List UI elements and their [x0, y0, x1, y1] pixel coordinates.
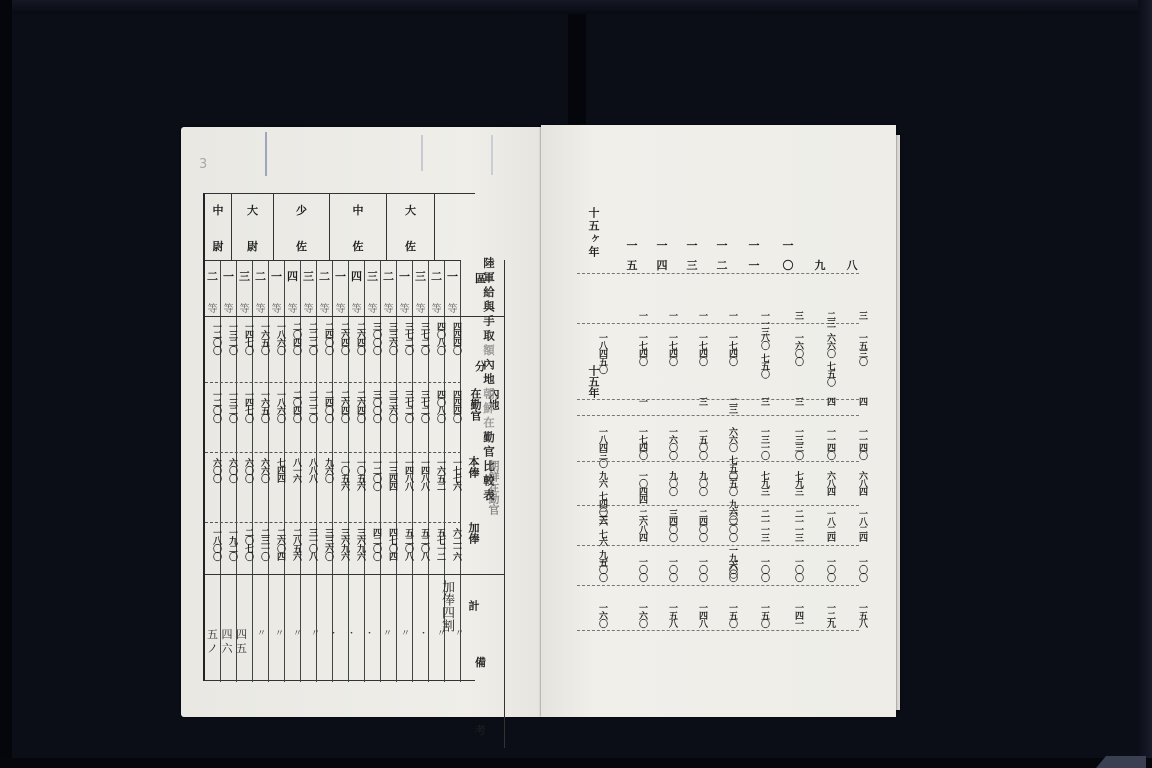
grade-header-bottom: 二 — [707, 257, 737, 273]
comparison-value-percent-compare: 一二九 — [805, 603, 835, 627]
comparison-value-ratio-1: 六八四 — [805, 471, 835, 495]
grade-column: 一等二六四〇二六四〇一〇五六三六九六 — [333, 260, 349, 682]
pay-value-allowance: 一二〇〇 — [365, 458, 380, 490]
rank-header-taii: 大 尉 — [232, 194, 274, 260]
pay-value-mainland: 三〇〇〇 — [365, 322, 380, 354]
grade-number: 二 — [205, 268, 220, 284]
grade-column: 三等三〇〇〇三〇〇〇一二〇〇四二〇〇 — [365, 260, 381, 682]
comparison-value-korea: 一一四〇 — [837, 427, 867, 459]
pay-value-total: 三一〇八 — [301, 528, 316, 560]
grade-number: 四 — [349, 268, 364, 284]
grade-number: 一 — [445, 268, 460, 284]
comparison-value-grade-marks: 三 — [837, 311, 867, 319]
label-kei: 計 — [465, 600, 481, 611]
pay-value-total: 三六九六 — [333, 528, 348, 560]
pay-value-allowance: 八一六 — [285, 458, 300, 482]
comparison-value-mainland: 八〇 七五〇 — [739, 333, 769, 377]
grade-number: 三 — [237, 268, 252, 284]
pay-value-mainland: 二六四〇 — [349, 322, 364, 354]
grade-column: 四等二〇四〇二〇四〇八一六二八五六 — [285, 260, 301, 682]
label-ko: 考 — [475, 722, 486, 738]
grade-header-top: 一 — [647, 237, 677, 253]
grade-column: 一等一三二〇一三二〇六〇〇一九二〇 — [221, 260, 237, 682]
comparison-value-mainland: 六六〇 七五〇 — [805, 333, 835, 385]
comparison-value-percent-base: 一〇〇 — [617, 557, 647, 581]
grade-column: 二等一二〇〇一二〇〇六〇〇一八〇〇 — [205, 260, 221, 682]
header-divider — [205, 260, 461, 261]
pay-value-allowance: 八八八 — [301, 458, 316, 482]
grade-header-bottom: 一 — [739, 257, 769, 273]
comparison-value-grade-marks: 二三 — [805, 311, 835, 327]
grade-number: 一 — [269, 268, 284, 284]
period-total-value: 一〇〇 — [577, 557, 607, 581]
pay-value-mainland: 二六四〇 — [333, 322, 348, 354]
grade-column: 三等三七二〇三七二〇一四八八五二〇八 — [413, 260, 429, 682]
comparison-value-korea: 一三三〇 — [773, 427, 803, 459]
period-total-value: 一八四三〇 — [577, 427, 607, 467]
handwritten-margin-2: ノ 六 五 — [207, 640, 247, 656]
pay-comparison-table: 中 尉 大 尉 少 佐 中 佐 大 佐 二等一二〇〇一二〇〇六〇〇一八〇〇一等一… — [203, 193, 475, 681]
comparison-value-grade-marks: 一 — [617, 311, 647, 319]
pay-value-base: 一六五〇 — [253, 390, 268, 422]
pay-value-mainland: 一六五〇 — [253, 322, 268, 354]
grade-number: 二 — [429, 268, 444, 284]
page-number: 3 — [199, 157, 207, 172]
grade-header-bottom: 八 — [837, 257, 867, 273]
pay-value-total: 四七〇四 — [381, 528, 396, 560]
title-char: 陸 — [482, 257, 496, 272]
grade-number: 二 — [317, 268, 332, 284]
ink-mark — [421, 135, 423, 171]
comparison-value-percent-base: 一〇〇 — [805, 557, 835, 581]
comparison-value-percent-compare: 一六〇 — [617, 603, 647, 627]
pay-value-allowance: 六〇〇 — [237, 458, 252, 482]
grade-column: 一等三七二〇三七二〇一四八八五二〇八 — [397, 260, 413, 682]
comparison-value-grade-marks: 一 — [707, 311, 737, 319]
grade-header-top: 一 — [707, 237, 737, 253]
grade-column: 一等一八六〇一八六〇七四四二六〇四 — [269, 260, 285, 682]
title-char: 與 — [482, 301, 496, 316]
comparison-value-mainland: 一六〇〇 — [773, 333, 803, 365]
pay-value-total: 四二〇〇 — [365, 528, 380, 560]
grade-suffix: 等 — [397, 300, 412, 315]
row-divider — [577, 585, 859, 586]
title-char: 表 — [482, 489, 496, 504]
title-char: 給 — [482, 286, 496, 301]
comparison-value-ratio-1: 九〇〇 — [677, 471, 707, 495]
pay-value-mainland: 二四〇〇 — [317, 322, 332, 354]
pay-value-allowance: 九六〇 — [317, 458, 332, 482]
pay-value-base: 三〇〇〇 — [365, 390, 380, 422]
grade-suffix: 等 — [365, 300, 380, 315]
ink-mark — [265, 132, 267, 176]
pay-value-base: 二六四〇 — [349, 390, 364, 422]
comparison-value-ratio-2: 二一一三 — [739, 509, 769, 541]
comparison-value-ratio-1: 六八四 — [837, 471, 867, 495]
pay-value-mainland: 三七二〇 — [413, 322, 428, 354]
comparison-value-ratio-2: 二四〇〇 — [677, 509, 707, 541]
comparison-value-mainland: 一五三〇 — [837, 333, 867, 365]
pay-value-allowance: 一〇五六 — [333, 458, 348, 490]
rank-header-chusa: 中 佐 — [330, 194, 387, 260]
row-divider — [205, 522, 461, 523]
comparison-value-percent-base: 一〇〇 — [773, 557, 803, 581]
period-label: 十五ヶ年 — [585, 207, 601, 259]
comparison-value-grade-marks: 三 — [773, 311, 803, 319]
comparison-value-ratio-1: 七九三 — [739, 471, 769, 495]
pay-value-base: 二六四〇 — [333, 390, 348, 422]
comparison-value-grade-marks-2: 四 — [805, 397, 835, 405]
left-page: 3 中 尉 大 尉 少 佐 中 佐 大 佐 二等一二〇〇一二〇〇六〇〇一八〇〇一… — [181, 127, 541, 717]
rank-char: 少 — [296, 202, 307, 218]
grade-header-bottom: 〇 — [773, 257, 803, 273]
pay-value-mainland: 二二二〇 — [301, 322, 316, 354]
comparison-value-percent-compare: 一四八 — [677, 603, 707, 627]
comparison-value-korea: 一一四〇 — [805, 427, 835, 459]
comparison-value-mainland: 一七四〇 — [617, 333, 647, 365]
title-char: 鮮 — [482, 402, 496, 417]
comparison-value-grade-marks: 一 — [647, 311, 677, 319]
handwritten-allowance-note: 加俸四割 — [437, 580, 456, 632]
comparison-value-ratio-1: 九〇〇 — [647, 471, 677, 495]
grade-number: 一 — [333, 268, 348, 284]
scanner-frame-right — [1138, 0, 1152, 768]
grade-suffix: 等 — [413, 300, 428, 315]
comparison-value-ratio-1: 一〇四四 — [617, 471, 647, 503]
comparison-value-percent-base: 一〇〇 — [837, 557, 867, 581]
scanner-frame-bottom — [0, 758, 1152, 768]
grade-header-bottom: 四 — [647, 257, 677, 273]
grade-header-bottom: 三 — [677, 257, 707, 273]
rank-header-shosa: 少 佐 — [274, 194, 330, 260]
pay-value-mainland: 三七二〇 — [397, 322, 412, 354]
grade-column: 二等一六五〇一六五〇六六〇二三一〇 — [253, 260, 269, 682]
rank-header-chui: 中 尉 — [205, 194, 232, 260]
remarks-divider — [205, 574, 505, 575]
pay-value-total: 一九二〇 — [221, 528, 236, 560]
pay-value-allowance: 一四八八 — [397, 458, 412, 490]
comparison-value-percent-base: 一〇〇 — [677, 557, 707, 581]
grade-number: 四 — [285, 268, 300, 284]
grade-column: 三等二二二〇二二二〇八八八三一〇八 — [301, 260, 317, 682]
pay-value-base: 三七二〇 — [397, 390, 412, 422]
pay-value-total: 五七一二 — [429, 528, 444, 560]
title-char: 額 — [482, 344, 496, 359]
comparison-value-grade-marks-2: 三 — [677, 397, 707, 405]
title-char: 手 — [482, 315, 496, 330]
title-char: 比 — [482, 460, 496, 475]
grade-number: 三 — [413, 268, 428, 284]
pay-value-base: 三七二〇 — [413, 390, 428, 422]
row-divider — [577, 415, 859, 416]
pay-value-allowance: 一六五二 — [429, 458, 444, 490]
rank-char: 佐 — [353, 238, 364, 254]
grade-suffix: 等 — [445, 300, 460, 315]
grade-suffix: 等 — [269, 300, 284, 315]
row-divider — [577, 630, 859, 631]
comparison-value-mainland: 一七四〇 — [677, 333, 707, 365]
comparison-value-grade-marks-2: 三 — [739, 397, 769, 405]
grade-suffix: 等 — [221, 300, 236, 315]
comparison-value-grade-marks: 一 — [677, 311, 707, 319]
right-page: 十五ヶ年 十五年 一五一四一三一二一一一〇九八一一一一一一三三二三三一八四五〇一… — [541, 125, 896, 717]
pay-value-base: 二四〇〇 — [317, 390, 332, 422]
label-kaho: 加俸 — [465, 522, 481, 544]
label-bi: 備 — [475, 654, 486, 670]
pay-value-allowance: 一三四四 — [381, 458, 396, 490]
period-total-value: 一八四五〇 — [577, 333, 607, 373]
grade-number: 二 — [253, 268, 268, 284]
grade-header-bottom: 五 — [617, 257, 647, 273]
grade-suffix: 等 — [285, 300, 300, 315]
pay-value-total: 一八〇〇 — [205, 528, 220, 560]
pay-value-base: 一三二〇 — [221, 390, 236, 422]
grade-suffix: 等 — [429, 300, 444, 315]
comparison-value-percent-compare: 一五八 — [647, 603, 677, 627]
grade-header-top: 一 — [617, 237, 647, 253]
ditto-marks: 〃〃〃〃・・・〃〃・〃〃 — [257, 626, 473, 639]
pay-value-total: 三三六〇 — [317, 528, 332, 560]
comparison-value-percent-base: 一〇〇 — [739, 557, 769, 581]
title-char: 在 — [482, 417, 496, 432]
rank-char: 佐 — [405, 238, 416, 254]
comparison-value-grade-marks: 一一三 — [739, 311, 769, 335]
pay-value-total: 二八五六 — [285, 528, 300, 560]
comparison-value-ratio-2: 一八二四 — [805, 509, 835, 541]
pay-value-base: 三三六〇 — [381, 390, 396, 422]
pay-value-base: 一四七〇 — [237, 390, 252, 422]
grade-column: 四等二六四〇二六四〇一〇五六三六九六 — [349, 260, 365, 682]
pay-value-mainland: 一八六〇 — [269, 322, 284, 354]
ink-mark — [491, 135, 493, 175]
pay-value-total: 三六九六 — [349, 528, 364, 560]
grade-suffix: 等 — [381, 300, 396, 315]
pay-value-mainland: 三三六〇 — [381, 322, 396, 354]
comparison-value-ratio-2: 二一一三 — [773, 509, 803, 541]
pay-value-allowance: 一七七六 — [445, 458, 460, 490]
pay-value-allowance: 六〇〇 — [221, 458, 236, 482]
row-divider — [205, 452, 461, 453]
comparison-value-percent-compare: 一五〇 — [707, 603, 737, 627]
rank-char: 尉 — [213, 238, 224, 254]
pay-value-base: 一二〇〇 — [205, 390, 220, 422]
comparison-value-ratio-2: 二六八四 — [617, 509, 647, 541]
header-divider — [205, 316, 505, 317]
pay-value-mainland: 一四七〇 — [237, 322, 252, 354]
pay-value-base: 二〇四〇 — [285, 390, 300, 422]
scanner-frame-left — [0, 0, 12, 768]
label-honpo: 本俸 — [465, 456, 481, 478]
pay-value-total: 二六〇四 — [269, 528, 284, 560]
rank-char: 大 — [247, 202, 258, 218]
comparison-value-mainland: 一七四〇 — [707, 333, 737, 365]
grade-suffix: 等 — [205, 300, 220, 315]
row-divider — [577, 273, 859, 274]
rank-char: 大 — [405, 202, 416, 218]
title-char: 地 — [482, 373, 496, 388]
grade-header-top: 一 — [739, 237, 769, 253]
comparison-value-korea: 一五〇〇 — [677, 427, 707, 459]
row-divider — [205, 382, 461, 383]
pay-value-total: 二〇七〇 — [237, 528, 252, 560]
pay-value-mainland: 一三二〇 — [221, 322, 236, 354]
pay-value-base: 一八六〇 — [269, 390, 284, 422]
title-char: 朝 — [482, 388, 496, 403]
comparison-value-grade-marks-2: 一 — [617, 397, 647, 405]
grade-suffix: 等 — [301, 300, 316, 315]
grade-suffix: 等 — [253, 300, 268, 315]
comparison-value-grade-marks-2: 二三 — [707, 397, 737, 413]
period-total-value: 一六〇 — [577, 603, 607, 627]
rank-char: 佐 — [296, 238, 307, 254]
comparison-value-korea: 一三一〇 — [739, 427, 769, 459]
grade-suffix: 等 — [333, 300, 348, 315]
rank-char: 中 — [353, 202, 364, 218]
comparison-value-percent-base: 一〇〇 — [707, 557, 737, 581]
grade-suffix: 等 — [237, 300, 252, 315]
grade-column: 二等三三六〇三三六〇一三四四四七〇四 — [381, 260, 397, 682]
comparison-value-mainland: 一七四〇 — [647, 333, 677, 365]
pay-value-base: 四四四〇 — [445, 390, 460, 422]
pay-value-allowance: 六六〇 — [253, 458, 268, 482]
rank-header-taisa: 大 佐 — [387, 194, 435, 260]
grade-column: 二等二四〇〇二四〇〇九六〇三三六〇 — [317, 260, 333, 682]
scanner-divider — [568, 14, 586, 124]
comparison-value-korea: 一七四〇 — [617, 427, 647, 459]
pay-value-allowance: 一四八八 — [413, 458, 428, 490]
pay-value-total: 五二〇八 — [397, 528, 412, 560]
pay-value-base: 四〇八〇 — [429, 390, 444, 422]
rank-char: 中 — [213, 202, 224, 218]
comparison-value-ratio-2: 一八二四 — [837, 509, 867, 541]
comparison-value-percent-base: 一〇〇 — [647, 557, 677, 581]
grade-number: 一 — [397, 268, 412, 284]
grade-suffix: 等 — [317, 300, 332, 315]
comparison-value-percent-compare: 一四一 — [773, 603, 803, 627]
grade-header-bottom: 九 — [805, 257, 835, 273]
comparison-value-grade-marks-2: 三 — [773, 397, 803, 405]
title-char: 內 — [482, 359, 496, 374]
pay-value-total: 五二〇八 — [413, 528, 428, 560]
pay-value-mainland: 四〇八〇 — [429, 322, 444, 354]
grade-number: 三 — [301, 268, 316, 284]
comparison-value-ratio-2: 三四〇〇 — [647, 509, 677, 541]
title-char: 官 — [482, 446, 496, 461]
pay-value-mainland: 一二〇〇 — [205, 322, 220, 354]
pay-value-allowance: 七四四 — [269, 458, 284, 482]
document-title: 陸軍給與手取額內地朝鮮在勤官比較表 — [481, 257, 497, 504]
grade-suffix: 等 — [349, 300, 364, 315]
grade-number: 三 — [365, 268, 380, 284]
scanner-frame-top — [0, 0, 1152, 14]
pay-value-allowance: 一〇五六 — [349, 458, 364, 490]
pay-value-base: 二二二〇 — [301, 390, 316, 422]
comparison-value-percent-compare: 一五〇 — [739, 603, 769, 627]
grade-header-top: 一 — [677, 237, 707, 253]
title-char: 較 — [482, 475, 496, 490]
comparison-value-ratio-1: 七九三 — [773, 471, 803, 495]
grade-column: 三等一四七〇一四七〇六〇〇二〇七〇 — [237, 260, 253, 682]
title-char: 取 — [482, 330, 496, 345]
pay-value-total: 六二一六 — [445, 528, 460, 560]
grade-number: 二 — [381, 268, 396, 284]
grade-number: 一 — [221, 268, 236, 284]
pay-value-total: 二三一〇 — [253, 528, 268, 560]
title-char: 軍 — [482, 272, 496, 287]
rank-char: 尉 — [247, 238, 258, 254]
title-char: 勤 — [482, 431, 496, 446]
comparison-value-grade-marks-2: 四 — [837, 397, 867, 405]
grade-header-top: 一 — [773, 237, 803, 253]
pay-value-allowance: 六〇〇 — [205, 458, 220, 482]
pay-value-mainland: 四四四〇 — [445, 322, 460, 354]
comparison-value-percent-compare: 一五八 — [837, 603, 867, 627]
pay-value-mainland: 二〇四〇 — [285, 322, 300, 354]
comparison-value-korea: 一六〇〇 — [647, 427, 677, 459]
